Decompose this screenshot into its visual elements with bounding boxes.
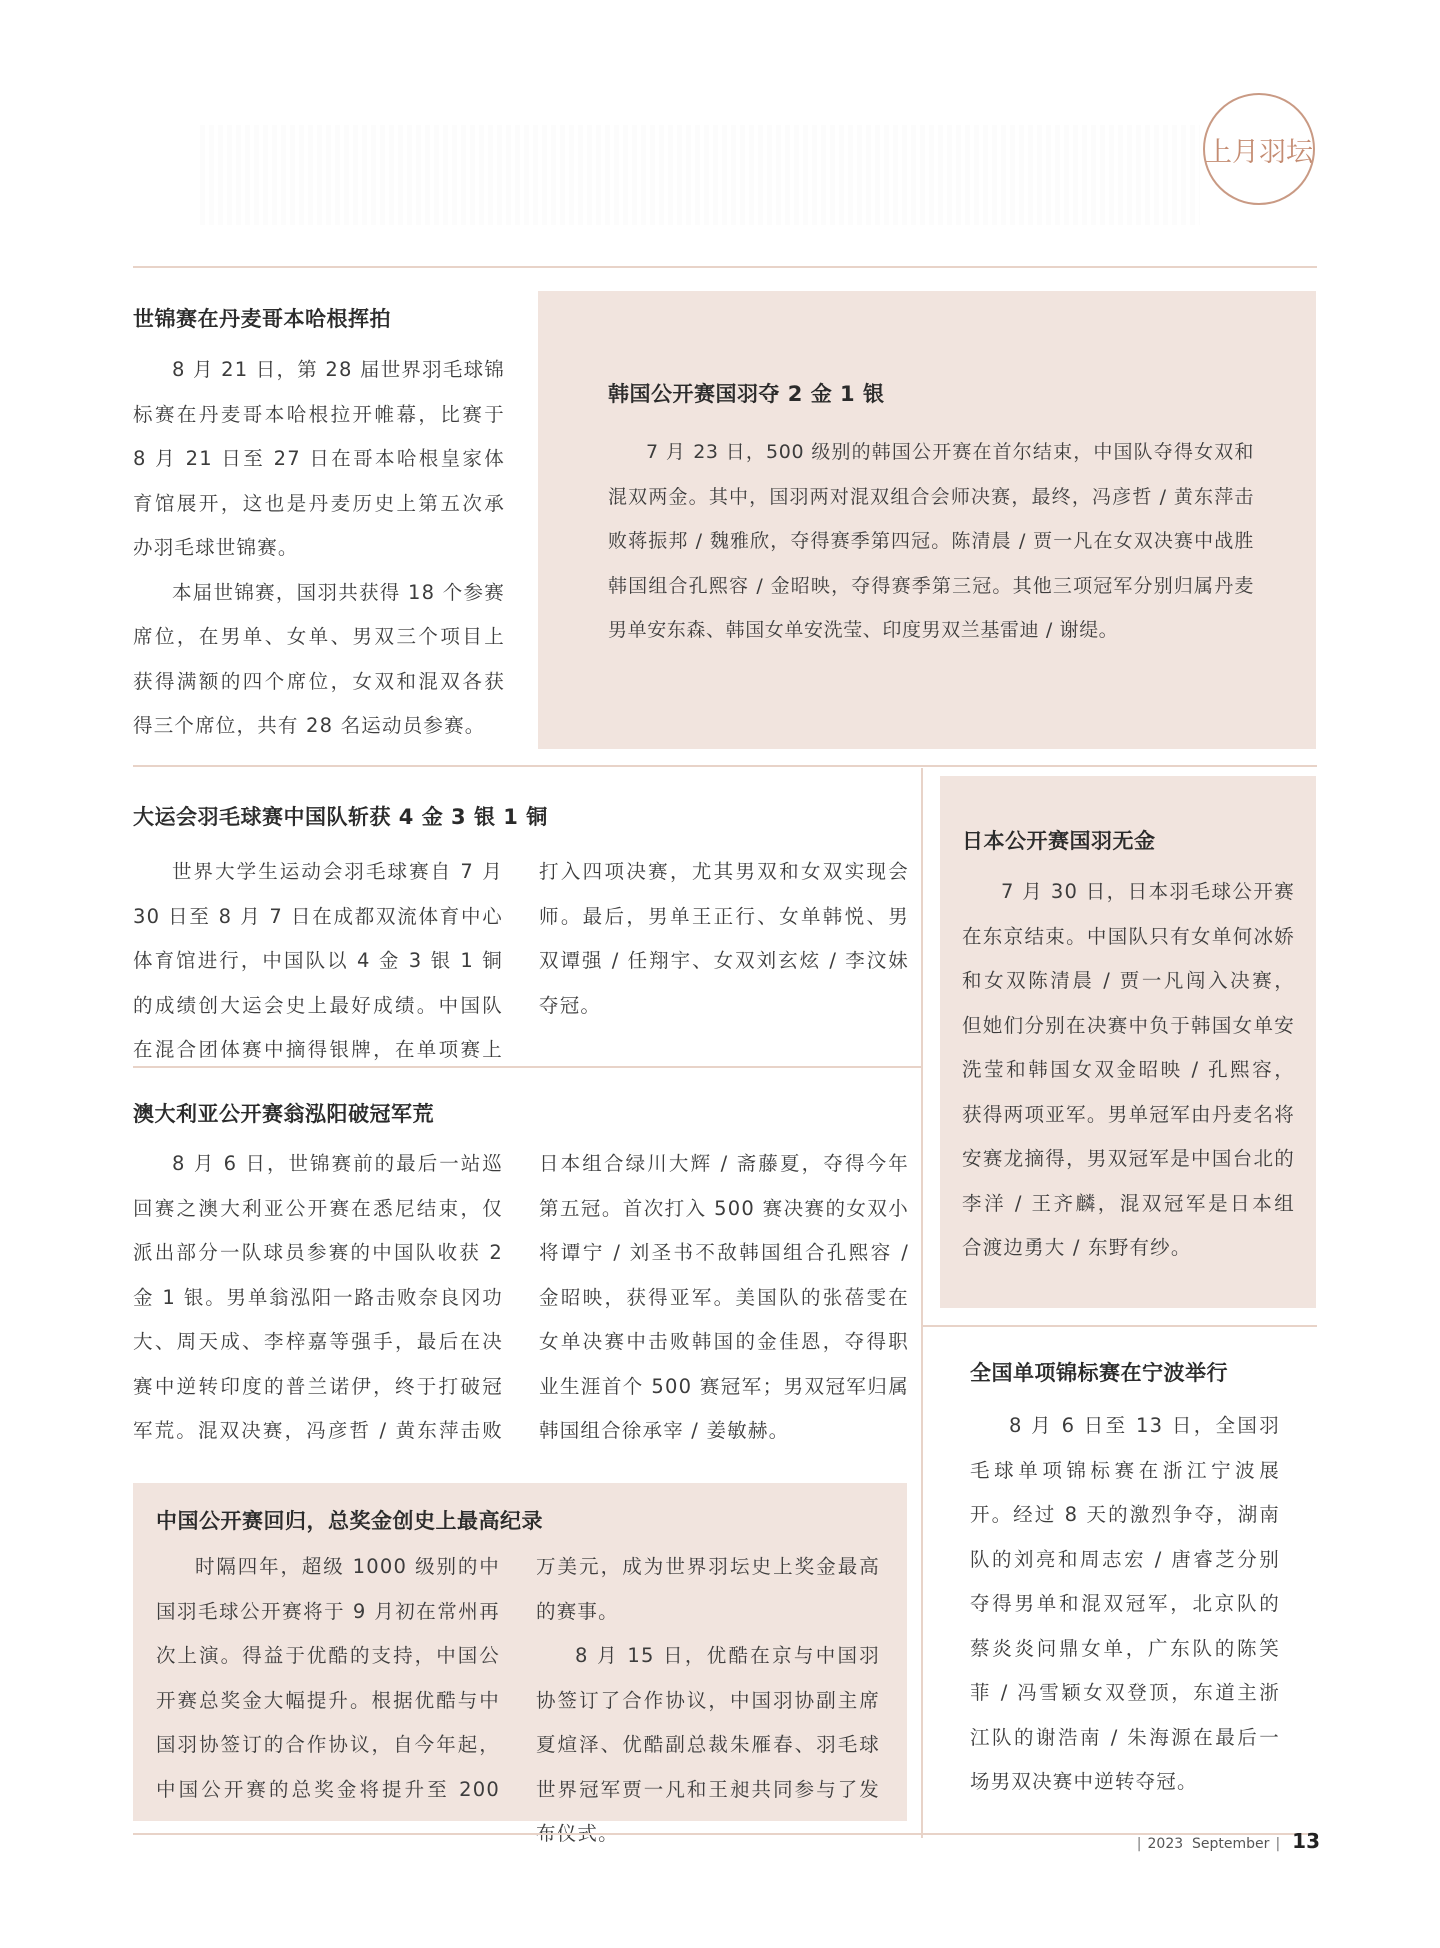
article-title-national-championships: 全国单项锦标赛在宁波举行 <box>970 1357 1228 1387</box>
article-title-china-open: 中国公开赛回归，总奖金创史上最高纪录 <box>156 1505 543 1535</box>
section-badge-label: 上月羽坛 <box>1205 130 1313 169</box>
header-decoration <box>200 125 1200 225</box>
article-body-china-open: 时隔四年，超级 1000 级别的中国羽毛球公开赛将于 9 月初在常州再次上演。得… <box>156 1545 880 1857</box>
divider-vertical <box>921 768 923 1838</box>
article-body-japan-open: 7 月 30 日，日本羽毛球公开赛在东京结束。中国队只有女单何冰娇和女双陈清晨 … <box>962 870 1295 1271</box>
article-title-korea-open: 韩国公开赛国羽夺 2 金 1 银 <box>608 378 884 408</box>
article-title-australia-open: 澳大利亚公开赛翁泓阳破冠军荒 <box>133 1098 434 1128</box>
article-title-japan-open: 日本公开赛国羽无金 <box>962 825 1156 855</box>
paragraph: 8 月 21 日，第 28 届世界羽毛球锦标赛在丹麦哥本哈根拉开帷幕，比赛于 8… <box>133 348 505 571</box>
page-footer: |2023 September|13 <box>1130 1829 1320 1853</box>
paragraph: 7 月 23 日，500 级别的韩国公开赛在首尔结束，中国队夺得女双和混双两金。… <box>608 430 1254 653</box>
footer-month: September <box>1192 1836 1269 1852</box>
article-body-korea-open: 7 月 23 日，500 级别的韩国公开赛在首尔结束，中国队夺得女双和混双两金。… <box>608 430 1254 653</box>
divider-universiade <box>133 1066 921 1068</box>
paragraph: 8 月 15 日，优酷在京与中国羽协签订了合作协议，中国羽协副主席夏煊泽、优酷副… <box>536 1634 880 1857</box>
divider-right <box>921 1325 1317 1327</box>
page-number: 13 <box>1292 1829 1320 1853</box>
paragraph: 8 月 6 日，世锦赛前的最后一站巡回赛之澳大利亚公开赛在悉尼结束，仅派出部分一… <box>133 1142 909 1454</box>
paragraph: 8 月 6 日至 13 日，全国羽毛球单项锦标赛在浙江宁波展开。经过 8 天的激… <box>970 1404 1280 1805</box>
article-body-universiade: 世界大学生运动会羽毛球赛自 7 月 30 日至 8 月 7 日在成都双流体育中心… <box>133 850 909 1073</box>
article-body-national-championships: 8 月 6 日至 13 日，全国羽毛球单项锦标赛在浙江宁波展开。经过 8 天的激… <box>970 1404 1280 1805</box>
article-title-world-championships: 世锦赛在丹麦哥本哈根挥拍 <box>133 303 391 333</box>
article-body-australia-open: 8 月 6 日，世锦赛前的最后一站巡回赛之澳大利亚公开赛在悉尼结束，仅派出部分一… <box>133 1142 909 1454</box>
divider-top <box>133 266 1317 268</box>
article-body-world-championships: 8 月 21 日，第 28 届世界羽毛球锦标赛在丹麦哥本哈根拉开帷幕，比赛于 8… <box>133 348 505 749</box>
footer-separator: | <box>1275 1836 1280 1852</box>
paragraph: 本届世锦赛，国羽共获得 18 个参赛席位，在男单、女单、男双三个项目上获得满额的… <box>133 571 505 749</box>
section-badge: 上月羽坛 <box>1203 93 1315 205</box>
article-title-universiade: 大运会羽毛球赛中国队斩获 4 金 3 银 1 铜 <box>133 801 548 831</box>
paragraph: 7 月 30 日，日本羽毛球公开赛在东京结束。中国队只有女单何冰娇和女双陈清晨 … <box>962 870 1295 1271</box>
footer-year: 2023 <box>1148 1836 1184 1852</box>
paragraph: 世界大学生运动会羽毛球赛自 7 月 30 日至 8 月 7 日在成都双流体育中心… <box>133 850 909 1073</box>
footer-separator: | <box>1137 1836 1142 1852</box>
divider-mid <box>133 765 1317 767</box>
